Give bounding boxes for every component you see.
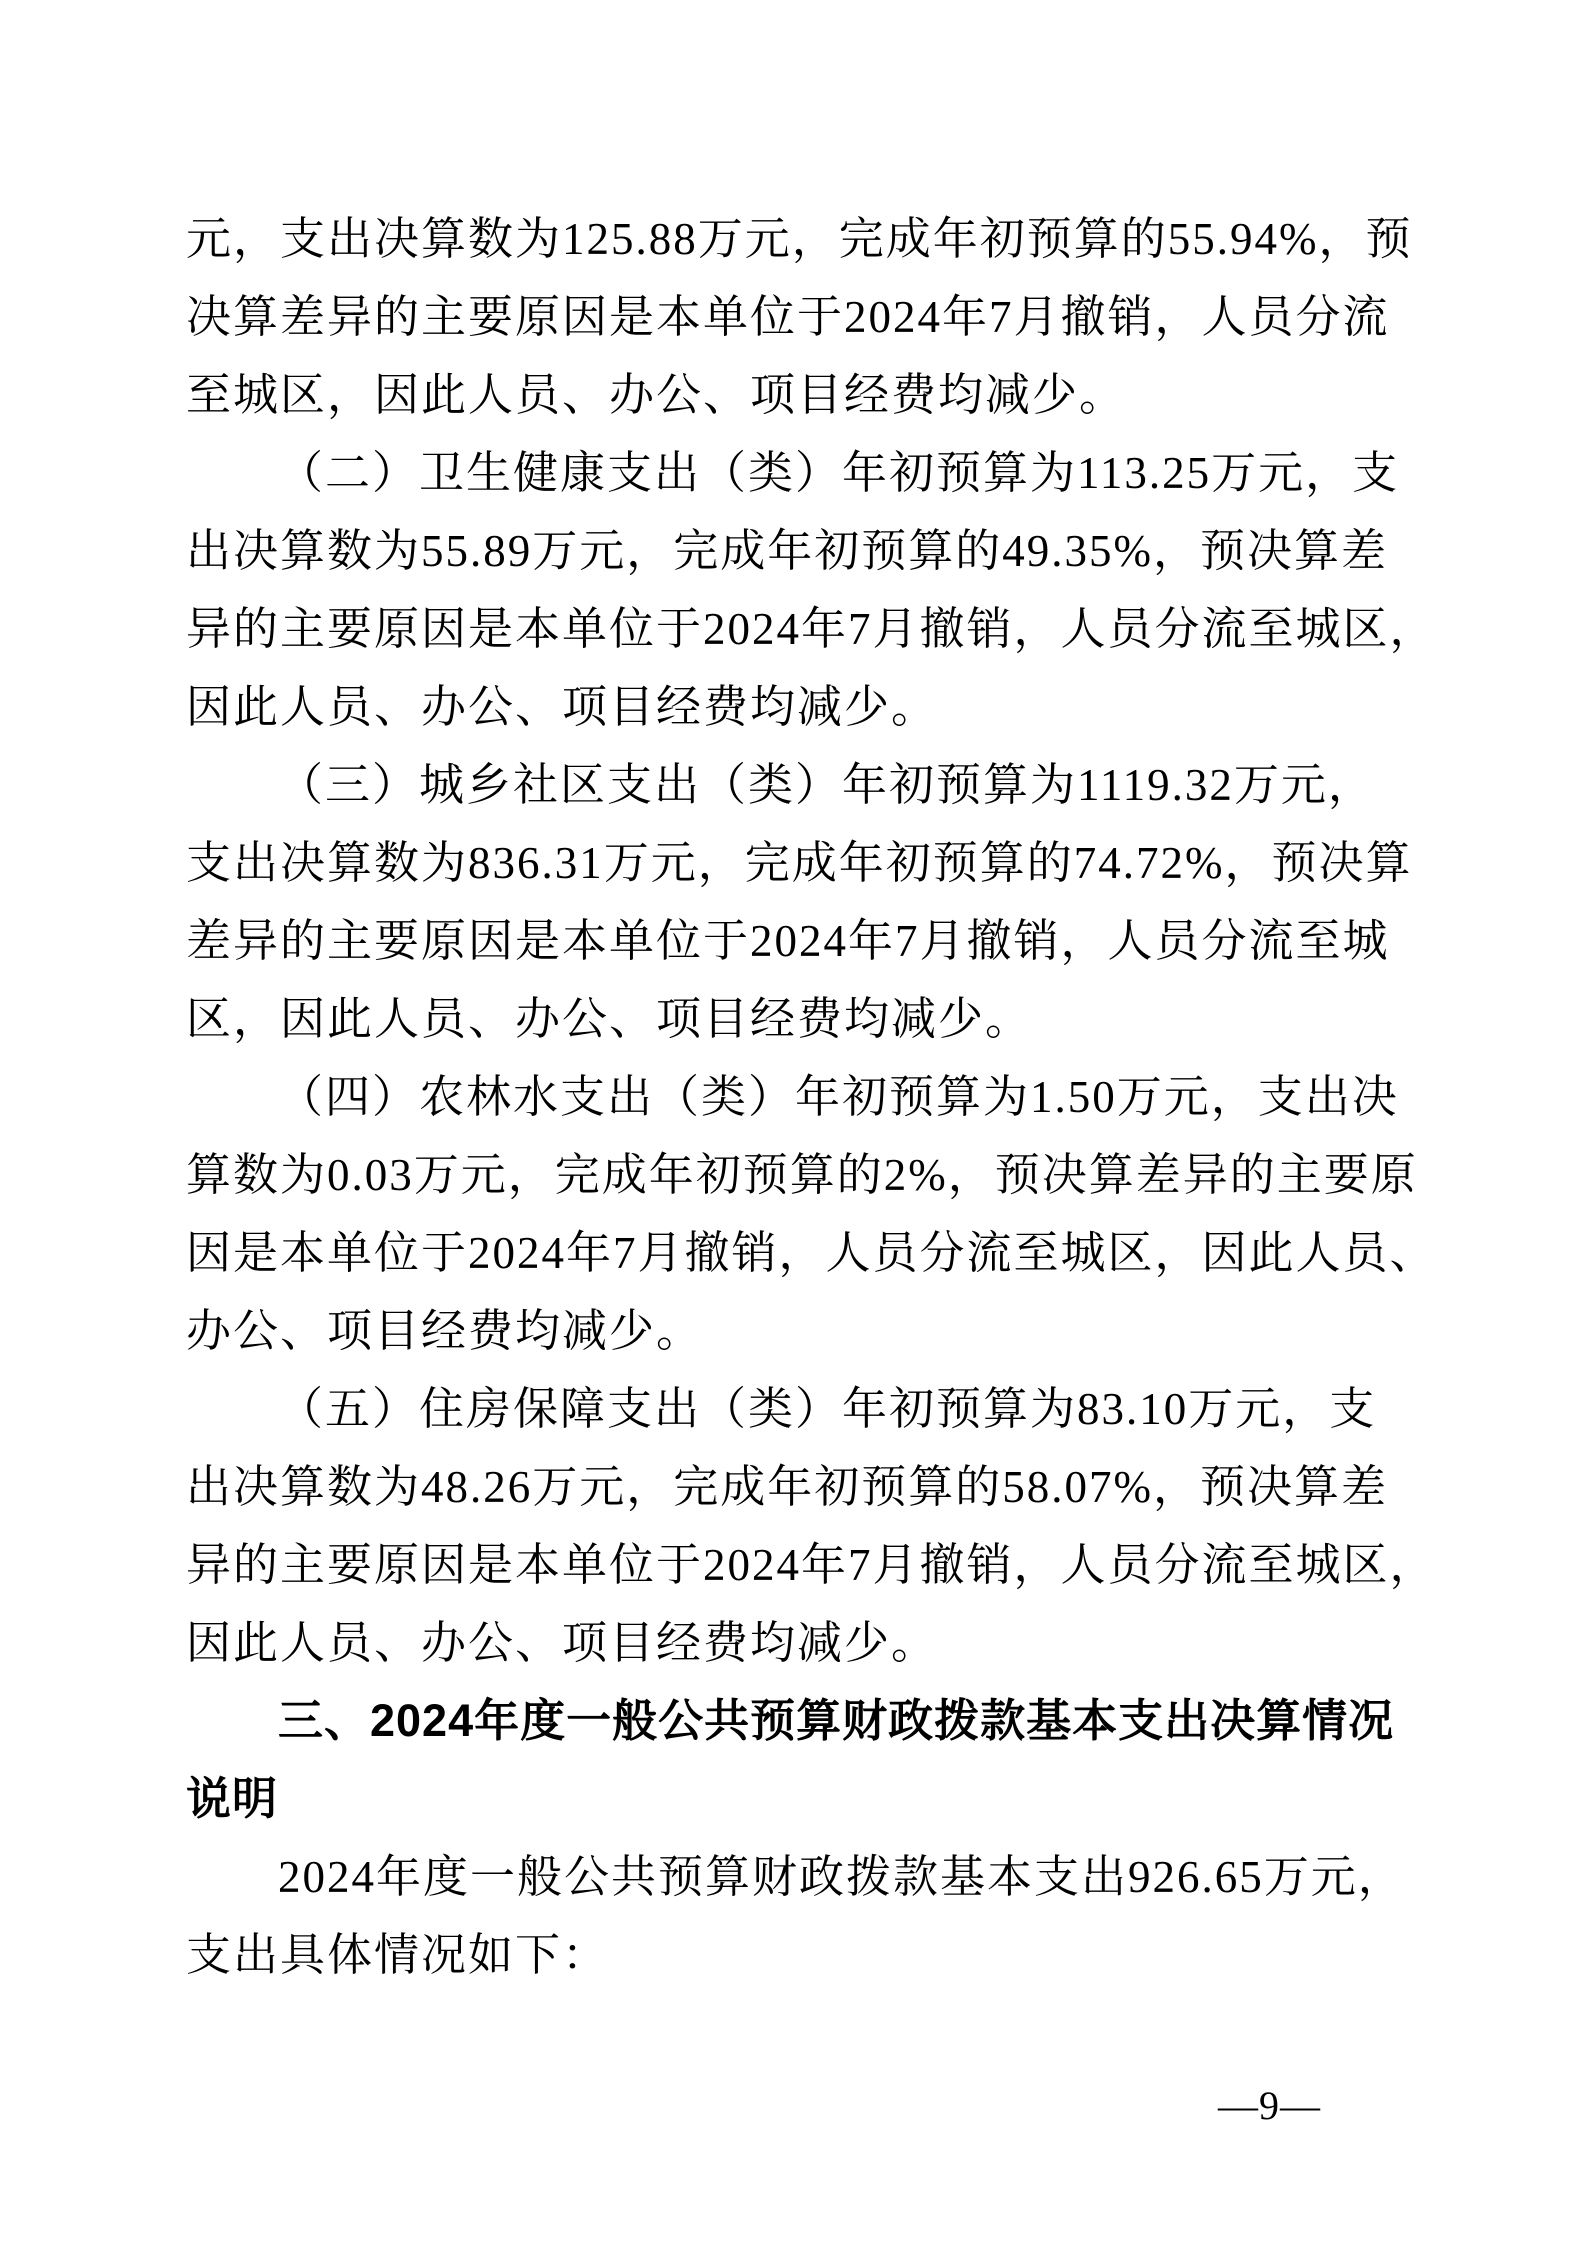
paragraph-line: 元，支出决算数为125.88万元，完成年初预算的55.94%，预	[186, 200, 1436, 278]
paragraph-line: 出决算数为48.26万元，完成年初预算的58.07%，预决算差	[186, 1448, 1436, 1526]
section-3-heading-line-2: 说明	[186, 1760, 1436, 1838]
paragraph-line: 办公、项目经费均减少。	[186, 1292, 1436, 1370]
page-number: —9—	[1218, 2082, 1321, 2129]
document-body: 元，支出决算数为125.88万元，完成年初预算的55.94%，预 决算差异的主要…	[186, 200, 1436, 1994]
paragraph-line: 出决算数为55.89万元，完成年初预算的49.35%，预决算差	[186, 512, 1436, 590]
paragraph-line: 支出具体情况如下：	[186, 1916, 1436, 1994]
paragraph-line-item-2-start: （二）卫生健康支出（类）年初预算为113.25万元，支	[186, 434, 1436, 512]
paragraph-line: 支出决算数为836.31万元，完成年初预算的74.72%，预决算	[186, 824, 1436, 902]
paragraph-line: 区，因此人员、办公、项目经费均减少。	[186, 980, 1436, 1058]
paragraph-line: 因此人员、办公、项目经费均减少。	[186, 668, 1436, 746]
paragraph-line: 异的主要原因是本单位于2024年7月撤销，人员分流至城区，	[186, 1526, 1436, 1604]
paragraph-line-item-5-start: （五）住房保障支出（类）年初预算为83.10万元，支	[186, 1370, 1436, 1448]
section-3-heading-line-1: 三、2024年度一般公共预算财政拨款基本支出决算情况	[186, 1682, 1436, 1760]
paragraph-line: 决算差异的主要原因是本单位于2024年7月撤销，人员分流	[186, 278, 1436, 356]
paragraph-line: 至城区，因此人员、办公、项目经费均减少。	[186, 356, 1436, 434]
paragraph-line: 异的主要原因是本单位于2024年7月撤销，人员分流至城区，	[186, 590, 1436, 668]
document-page: 元，支出决算数为125.88万元，完成年初预算的55.94%，预 决算差异的主要…	[0, 0, 1587, 2245]
paragraph-line: 差异的主要原因是本单位于2024年7月撤销，人员分流至城	[186, 902, 1436, 980]
paragraph-line-item-3-start: （三）城乡社区支出（类）年初预算为1119.32万元，	[186, 746, 1436, 824]
paragraph-line: 算数为0.03万元，完成年初预算的2%，预决算差异的主要原	[186, 1136, 1436, 1214]
paragraph-line: 因此人员、办公、项目经费均减少。	[186, 1604, 1436, 1682]
paragraph-line-item-4-start: （四）农林水支出（类）年初预算为1.50万元，支出决	[186, 1058, 1436, 1136]
paragraph-line-section-3-start: 2024年度一般公共预算财政拨款基本支出926.65万元，	[186, 1838, 1436, 1916]
paragraph-line: 因是本单位于2024年7月撤销，人员分流至城区，因此人员、	[186, 1214, 1436, 1292]
